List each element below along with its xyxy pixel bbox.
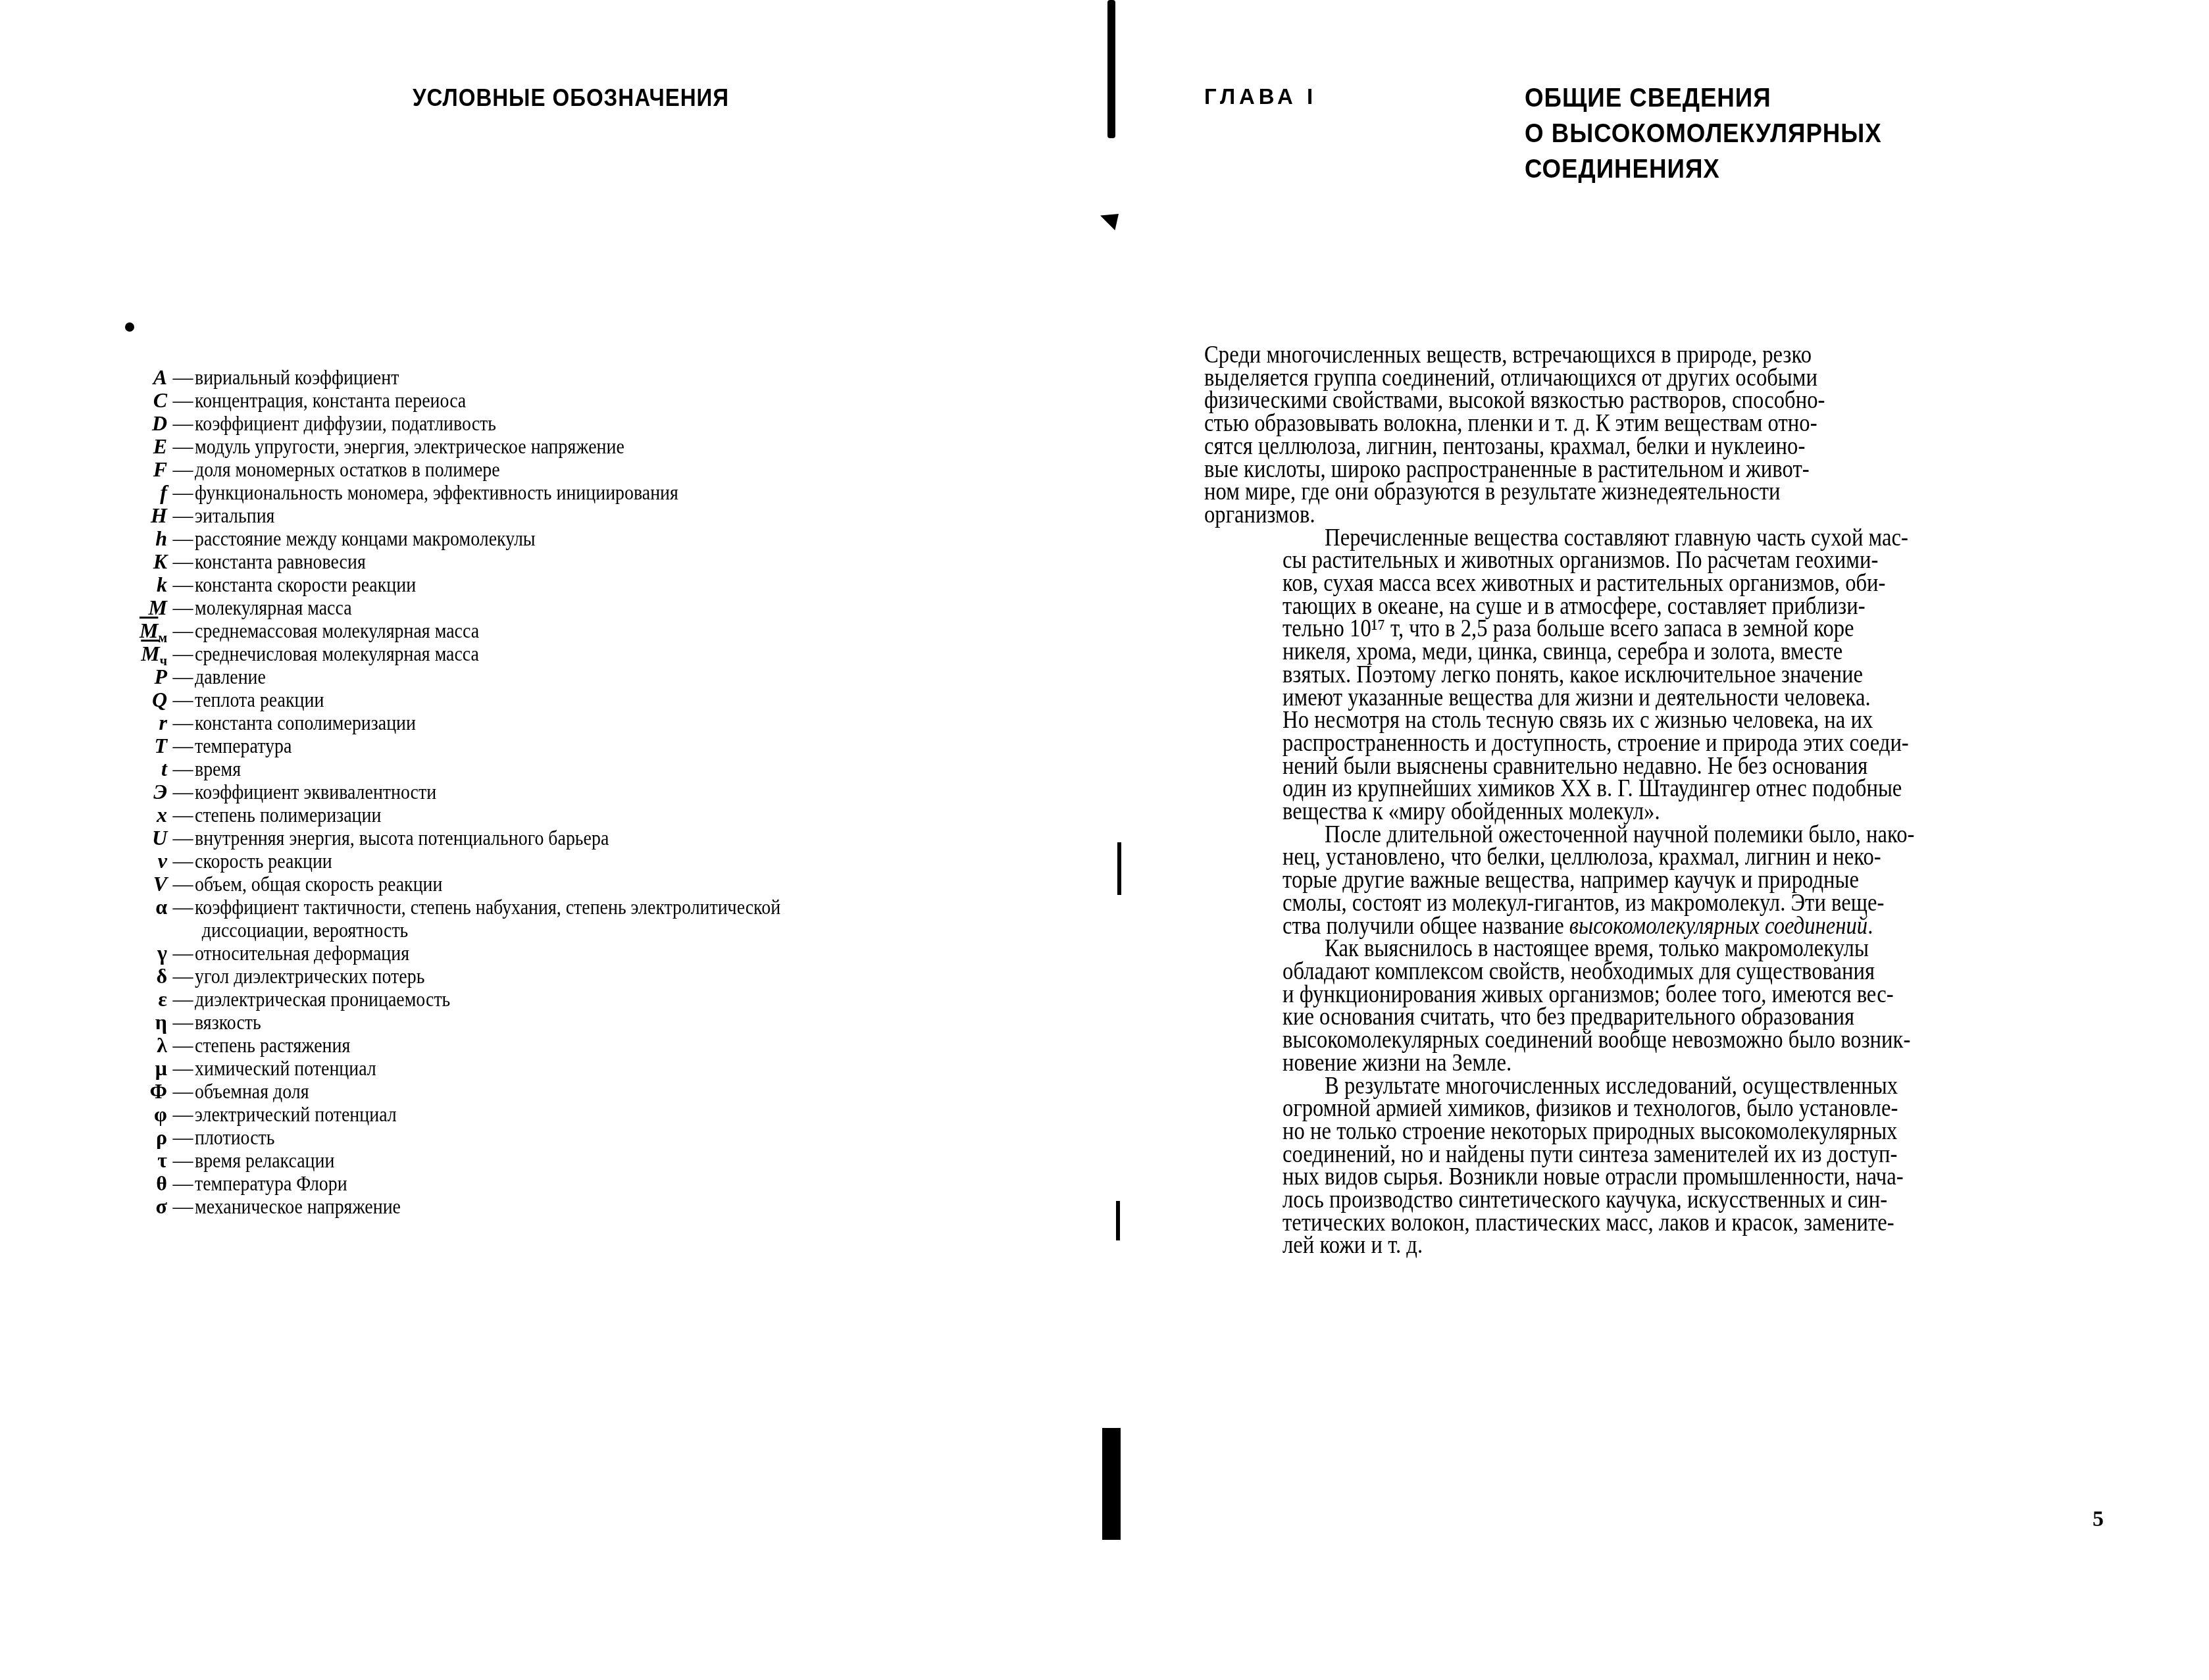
symbol-entry: t—время xyxy=(118,757,1079,780)
dash: — xyxy=(171,711,195,734)
symbol: Q xyxy=(118,688,171,711)
symbol: θ xyxy=(118,1172,171,1195)
symbol: U xyxy=(118,827,171,850)
symbol-entry: Φ—объемная доля xyxy=(118,1080,1079,1103)
symbol-description: константа скорости реакции xyxy=(195,573,991,596)
symbol-description: скорость реакции xyxy=(195,850,991,873)
text-line: нец, установлено, что белки, целлюлоза, … xyxy=(1204,846,2104,869)
symbol: φ xyxy=(118,1103,171,1126)
symbol-description: степень полимеризации xyxy=(195,803,991,827)
symbol-description: среднемассовая молекулярная масса xyxy=(195,619,991,642)
symbol-entry: Mч—среднечисловая молекулярная масса xyxy=(118,642,1079,665)
dash: — xyxy=(171,988,195,1011)
dash: — xyxy=(171,642,195,665)
symbol-entry: E—модуль упругости, энергия, электрическ… xyxy=(118,435,1079,458)
dash: — xyxy=(171,688,195,711)
symbol-entry: U—внутренняя энергия, высота потенциальн… xyxy=(118,827,1079,850)
dash: — xyxy=(171,1149,195,1172)
chapter-title-line: О ВЫСОКОМОЛЕКУЛЯРНЫХ xyxy=(1525,116,2009,151)
symbol-entry: α—коэффициент тактичности, степень набух… xyxy=(118,896,1079,942)
symbol: f xyxy=(118,481,171,504)
symbol: M xyxy=(118,596,171,619)
chapter-title-line: ОБЩИЕ СВЕДЕНИЯ xyxy=(1525,80,2009,116)
symbol: λ xyxy=(118,1034,171,1057)
symbol-description: модуль упругости, энергия, электрическое… xyxy=(195,435,991,458)
chapter-label: ГЛАВА I xyxy=(1204,84,1317,109)
symbol: P xyxy=(118,665,171,688)
symbol-entry: λ—степень растяжения xyxy=(118,1034,1079,1057)
text-line: смолы, состоят из молекул-гигантов, из м… xyxy=(1204,892,2104,915)
dash: — xyxy=(171,780,195,803)
symbol-entry: δ—угол диэлектрических потерь xyxy=(118,965,1079,988)
text-line: ства получили общее название высокомолек… xyxy=(1204,915,2104,938)
paragraph: Среди многочисленных веществ, встречающи… xyxy=(1204,344,2104,526)
dash: — xyxy=(171,366,195,389)
text-line: кие основания считать, что без предварит… xyxy=(1204,1005,2104,1029)
dash: — xyxy=(171,873,195,896)
dash: — xyxy=(171,803,195,827)
symbol-description: вязкость xyxy=(195,1011,991,1034)
symbol-description: константа сополимеризации xyxy=(195,711,991,734)
symbol: T xyxy=(118,734,171,757)
symbol-entry: T—температура xyxy=(118,734,1079,757)
symbol: A xyxy=(118,366,171,389)
symbol-entry: M—молекулярная масса xyxy=(118,596,1079,619)
symbol-entry: f—функциональность мономера, эффективнос… xyxy=(118,481,1079,504)
symbol-entry: Q—теплота реакции xyxy=(118,688,1079,711)
text-line: один из крупнейших химиков XX в. Г. Штау… xyxy=(1204,777,2104,800)
symbol-description: диэлектрическая проницаемость xyxy=(195,988,991,1011)
text-line: ков, сухая масса всех животных и растите… xyxy=(1204,572,2104,595)
text-line: сятся целлюлоза, лигнин, пентозаны, крах… xyxy=(1204,435,2104,458)
dash: — xyxy=(171,827,195,850)
text-line: вые кислоты, широко распространенные в р… xyxy=(1204,458,2104,481)
symbol-description: коэффициент диффузии, податливость xyxy=(195,412,991,435)
symbol-entry: θ—температура Флори xyxy=(118,1172,1079,1195)
symbol: x xyxy=(118,803,171,827)
dash: — xyxy=(171,1080,195,1103)
text-line: тающих в океане, на суше и в атмосфере, … xyxy=(1204,595,2104,618)
symbol: V xyxy=(118,873,171,896)
symbol-description: угол диэлектрических потерь xyxy=(195,965,991,988)
paragraph: Как выяснилось в настоящее время, только… xyxy=(1204,937,2104,1074)
symbol-entry: η—вязкость xyxy=(118,1011,1079,1034)
dash: — xyxy=(171,1195,195,1218)
dash: — xyxy=(171,665,195,688)
symbol: δ xyxy=(118,965,171,988)
text-line: выделяется группа соединений, отличающих… xyxy=(1204,367,2104,390)
symbol-description: химический потенциал xyxy=(195,1057,991,1080)
dash: — xyxy=(171,619,195,642)
symbol: ε xyxy=(118,988,171,1011)
dash: — xyxy=(171,435,195,458)
text-line: Перечисленные вещества составляют главну… xyxy=(1204,526,2104,549)
symbol-entry: φ—электрический потенциал xyxy=(118,1103,1079,1126)
paragraph: В результате многочисленных исследований… xyxy=(1204,1075,2104,1258)
symbol-entry: r—константа сополимеризации xyxy=(118,711,1079,734)
text-line: огромной армией химиков, физиков и техно… xyxy=(1204,1097,2104,1120)
symbol: F xyxy=(118,458,171,481)
symbol-description: эитальпия xyxy=(195,504,991,527)
symbols-title: УСЛОВНЫЕ ОБОЗНАЧЕНИЯ xyxy=(413,84,729,112)
symbol-description: плотиость xyxy=(195,1126,991,1149)
symbol-entry: ρ—плотиость xyxy=(118,1126,1079,1149)
text-line: организмов. xyxy=(1204,503,2104,526)
text-line: Среди многочисленных веществ, встречающи… xyxy=(1204,344,2104,367)
symbol-entry: K—константа равновесия xyxy=(118,550,1079,573)
text-line: обладают комплексом свойств, необходимых… xyxy=(1204,960,2104,983)
symbol-description: доля мономерных остатков в полимере xyxy=(195,458,991,481)
symbol-entry: h—расстояние между концами макромолекулы xyxy=(118,527,1079,550)
symbol: t xyxy=(118,757,171,780)
text-line: но не только строение некоторых природны… xyxy=(1204,1120,2104,1143)
symbol: H xyxy=(118,504,171,527)
text-line: взятых. Поэтому легко понять, какое искл… xyxy=(1204,663,2104,686)
symbol-description: степень растяжения xyxy=(195,1034,991,1057)
symbol-description: давление xyxy=(195,665,991,688)
paragraph: После длительной ожесточенной научной по… xyxy=(1204,823,2104,938)
symbol-description: время релаксации xyxy=(195,1149,991,1172)
symbol-entry: V—объем, общая скорость реакции xyxy=(118,873,1079,896)
dash: — xyxy=(171,596,195,619)
dash: — xyxy=(171,942,195,965)
symbol-description: коэффициент тактичности, степень набухан… xyxy=(195,896,991,942)
dash: — xyxy=(171,1126,195,1149)
binding-shadow-top xyxy=(1107,0,1115,138)
text-line: распространенность и доступность, строен… xyxy=(1204,732,2104,755)
symbol: Φ xyxy=(118,1080,171,1103)
text-line: Как выяснилось в настоящее время, только… xyxy=(1204,937,2104,960)
text-line: стью образовывать волокна, пленки и т. д… xyxy=(1204,412,2104,435)
page-number: 5 xyxy=(2093,1507,2104,1532)
symbol-description: внутренняя энергия, высота потенциальног… xyxy=(195,827,991,850)
text-line: соединений, но и найдены пути синтеза за… xyxy=(1204,1143,2104,1166)
symbol-entry: γ—относительная деформация xyxy=(118,942,1079,965)
symbol-description: электрический потенциал xyxy=(195,1103,991,1126)
text-line: имеют указанные вещества для жизни и дея… xyxy=(1204,686,2104,709)
text-line: тельно 10¹⁷ т, что в 2,5 раза больше все… xyxy=(1204,617,2104,640)
text-line: ных видов сырья. Возникли новые отрасли … xyxy=(1204,1165,2104,1188)
symbol-entry: F—доля мономерных остатков в полимере xyxy=(118,458,1079,481)
symbol-entry: H—эитальпия xyxy=(118,504,1079,527)
symbol-entry: D—коэффициент диффузии, податливость xyxy=(118,412,1079,435)
dash: — xyxy=(171,850,195,873)
symbol: K xyxy=(118,550,171,573)
dash: — xyxy=(171,412,195,435)
text-line: лось производство синтетического каучука… xyxy=(1204,1188,2104,1211)
text-line: торые другие важные вещества, например к… xyxy=(1204,869,2104,892)
symbol-entry: μ—химический потенциал xyxy=(118,1057,1079,1080)
dash: — xyxy=(171,573,195,596)
chapter-body-text: Среди многочисленных веществ, встречающи… xyxy=(1204,344,2104,1257)
text-line: вещества к «миру обойденных молекул». xyxy=(1204,800,2104,823)
symbol-description: объем, общая скорость реакции xyxy=(195,873,991,896)
symbol-entry: ε—диэлектрическая проницаемость xyxy=(118,988,1079,1011)
symbol: α xyxy=(118,896,171,919)
symbol-entry: k—константа скорости реакции xyxy=(118,573,1079,596)
binding-speck xyxy=(1100,214,1119,230)
dash: — xyxy=(171,481,195,504)
symbol: μ xyxy=(118,1057,171,1080)
dash: — xyxy=(171,389,195,412)
dash: — xyxy=(171,550,195,573)
symbols-legend: A—вириальный коэффициентC—концентрация, … xyxy=(118,366,1079,1218)
symbol-entry: σ—механическое напряжение xyxy=(118,1195,1079,1218)
symbol-entry: P—давление xyxy=(118,665,1079,688)
text-line: После длительной ожесточенной научной по… xyxy=(1204,823,2104,846)
dash: — xyxy=(171,757,195,780)
symbol: η xyxy=(118,1011,171,1034)
symbol-entry: C—концентрация, константа переиоса xyxy=(118,389,1079,412)
symbol-entry: x—степень полимеризации xyxy=(118,803,1079,827)
text-line: Но несмотря на столь тесную связь их с ж… xyxy=(1204,709,2104,732)
binding-shadow-bottom xyxy=(1102,1428,1121,1540)
symbol-description: расстояние между концами макромолекулы xyxy=(195,527,991,550)
chapter-title-line: СОЕДИНЕНИЯХ xyxy=(1525,151,2009,187)
symbol-entry: A—вириальный коэффициент xyxy=(118,366,1079,389)
symbol: r xyxy=(118,711,171,734)
text-line: сы растительных и животных организмов. П… xyxy=(1204,549,2104,572)
text-line: физическими свойствами, высокой вязкость… xyxy=(1204,389,2104,412)
dash: — xyxy=(171,1172,195,1195)
symbol: E xyxy=(118,435,171,458)
symbol-description: среднечисловая молекулярная масса xyxy=(195,642,991,665)
text-line: и функционирования живых организмов; бол… xyxy=(1204,983,2104,1006)
text-line: ном мире, где они образуются в результат… xyxy=(1204,480,2104,503)
symbol-description: время xyxy=(195,757,991,780)
text-line: никеля, хрома, меди, цинка, свинца, сере… xyxy=(1204,640,2104,663)
dash: — xyxy=(171,965,195,988)
symbol-description: концентрация, константа переиоса xyxy=(195,389,991,412)
symbol: ρ xyxy=(118,1126,171,1149)
symbol: C xyxy=(118,389,171,412)
symbol-description: теплота реакции xyxy=(195,688,991,711)
symbol-description: объемная доля xyxy=(195,1080,991,1103)
chapter-title: ОБЩИЕ СВЕДЕНИЯ О ВЫСОКОМОЛЕКУЛЯРНЫХ СОЕД… xyxy=(1525,80,2009,187)
dash: — xyxy=(171,458,195,481)
dash: — xyxy=(171,1103,195,1126)
symbol-entry: Э—коэффициент эквивалентности xyxy=(118,780,1079,803)
dash: — xyxy=(171,734,195,757)
paragraph: Перечисленные вещества составляют главну… xyxy=(1204,526,2104,823)
symbol: γ xyxy=(118,942,171,965)
text-line: новение жизни на Земле. xyxy=(1204,1052,2104,1075)
symbol-description: вириальный коэффициент xyxy=(195,366,991,389)
symbol-entry: v—скорость реакции xyxy=(118,850,1079,873)
dash: — xyxy=(171,504,195,527)
symbol: τ xyxy=(118,1149,171,1172)
symbol: Э xyxy=(118,780,171,803)
dash: — xyxy=(171,896,195,919)
symbol: k xyxy=(118,573,171,596)
symbol-description: температура Флори xyxy=(195,1172,991,1195)
text-line: В результате многочисленных исследований… xyxy=(1204,1075,2104,1098)
symbol: h xyxy=(118,527,171,550)
symbol-description: коэффициент эквивалентности xyxy=(195,780,991,803)
symbol: v xyxy=(118,850,171,873)
text-line: высокомолекулярных соединений вообще нев… xyxy=(1204,1029,2104,1052)
dash: — xyxy=(171,1011,195,1034)
symbol-description: температура xyxy=(195,734,991,757)
text-line: лей кожи и т. д. xyxy=(1204,1234,2104,1257)
symbol-description: молекулярная масса xyxy=(195,596,991,619)
symbol: D xyxy=(118,412,171,435)
dash: — xyxy=(171,1057,195,1080)
dash: — xyxy=(171,1034,195,1057)
symbol-description: механическое напряжение xyxy=(195,1195,991,1218)
text-line: нений были выяснены сравнительно недавно… xyxy=(1204,755,2104,778)
symbol-entry: τ—время релаксации xyxy=(118,1149,1079,1172)
symbol-entry: Mм—среднемассовая молекулярная масса xyxy=(118,619,1079,642)
dash: — xyxy=(171,527,195,550)
symbol: σ xyxy=(118,1195,171,1218)
symbol-description: функциональность мономера, эффективность… xyxy=(195,481,991,504)
text-line: тетических волокон, пластических масс, л… xyxy=(1204,1211,2104,1235)
symbol-description: относительная деформация xyxy=(195,942,991,965)
page-speck xyxy=(125,322,134,332)
symbol-description: константа равновесия xyxy=(195,550,991,573)
